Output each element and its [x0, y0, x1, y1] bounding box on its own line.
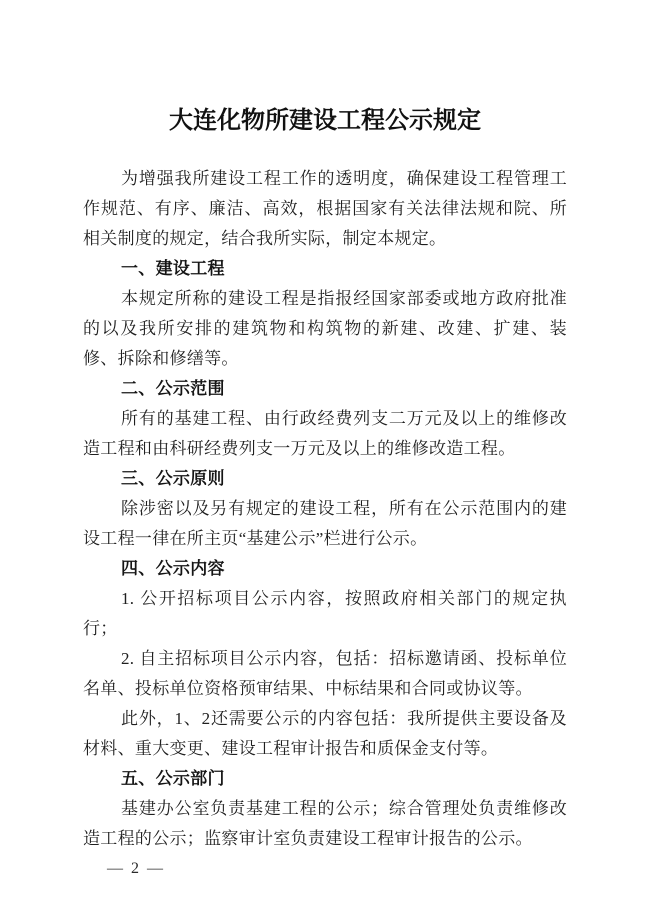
section-heading-4-publicity-content: 四、公示内容: [83, 554, 567, 584]
paragraph-section-4-item-1: 1. 公开招标项目公示内容，按照政府相关部门的规定执行；: [83, 584, 567, 644]
page-number: — 2 —: [83, 858, 567, 880]
paragraph-section-4-item-2: 2. 自主招标项目公示内容，包括：招标邀请函、投标单位名单、投标单位资格预审结果…: [83, 644, 567, 704]
document-body: 为增强我所建设工程工作的透明度，确保建设工程管理工作规范、有序、廉洁、高效，根据…: [83, 164, 567, 854]
document-title: 大连化物所建设工程公示规定: [83, 0, 567, 139]
section-heading-3-publicity-principle: 三、公示原则: [83, 464, 567, 494]
paragraph-section-2: 所有的基建工程、由行政经费列支二万元及以上的维修改造工程和由科研经费列支一万元及…: [83, 404, 567, 464]
paragraph-section-3: 除涉密以及另有规定的建设工程，所有在公示范围内的建设工程一律在所主页“基建公示”…: [83, 494, 567, 554]
paragraph-intro: 为增强我所建设工程工作的透明度，确保建设工程管理工作规范、有序、廉洁、高效，根据…: [83, 164, 567, 254]
document-page: 大连化物所建设工程公示规定 为增强我所建设工程工作的透明度，确保建设工程管理工作…: [0, 0, 650, 919]
paragraph-section-5: 基建办公室负责基建工程的公示；综合管理处负责维修改造工程的公示；监察审计室负责建…: [83, 794, 567, 854]
section-heading-1-construction-project: 一、建设工程: [83, 254, 567, 284]
section-heading-2-publicity-scope: 二、公示范围: [83, 374, 567, 404]
paragraph-section-4-additional: 此外，1、2还需要公示的内容包括：我所提供主要设备及材料、重大变更、建设工程审计…: [83, 704, 567, 764]
section-heading-5-publicity-departments: 五、公示部门: [83, 764, 567, 794]
paragraph-section-1: 本规定所称的建设工程是指报经国家部委或地方政府批准的以及我所安排的建筑物和构筑物…: [83, 284, 567, 374]
